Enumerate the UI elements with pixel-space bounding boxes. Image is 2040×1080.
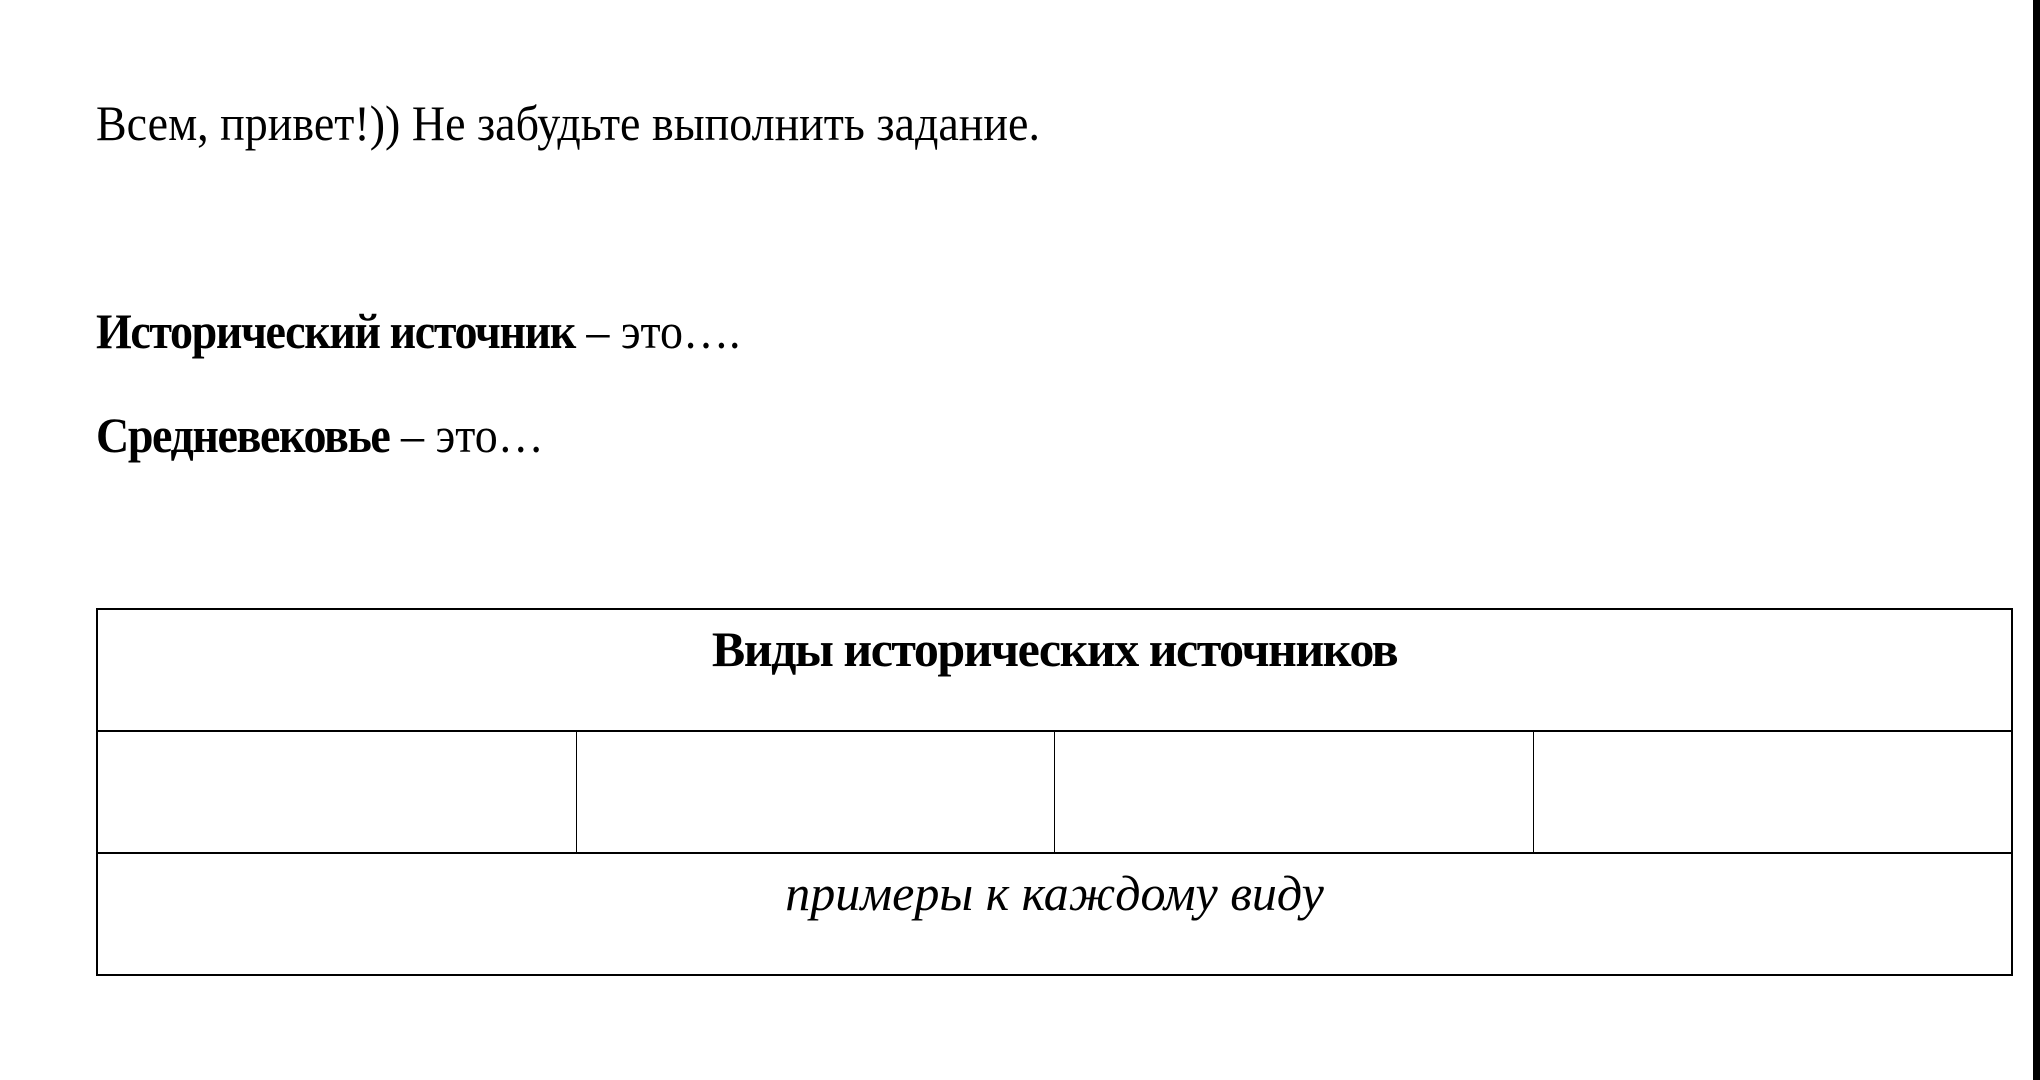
table-cell-type-4[interactable] xyxy=(1534,732,2012,852)
table-cell-type-2[interactable] xyxy=(577,732,1056,852)
examples-label: примеры к каждому виду xyxy=(98,868,2011,918)
definition-blank: – это… xyxy=(389,407,543,463)
definition-term: Средневековье xyxy=(96,407,389,463)
table-types-row xyxy=(98,732,2011,854)
table-cell-type-1[interactable] xyxy=(98,732,577,852)
greeting-text: Всем, привет!)) Не забудьте выполнить за… xyxy=(96,98,1040,148)
source-types-table: Виды исторических источников примеры к к… xyxy=(96,608,2013,976)
table-header-row: Виды исторических источников xyxy=(98,610,2011,732)
table-cell-type-3[interactable] xyxy=(1055,732,1534,852)
definition-middle-ages: Средневековье – это… xyxy=(96,410,544,460)
window-edge xyxy=(2033,0,2040,1080)
definition-term: Исторический источник xyxy=(96,303,575,359)
table-examples-row: примеры к каждому виду xyxy=(98,854,2011,974)
definition-blank: – это…. xyxy=(575,303,741,359)
document-page: Всем, привет!)) Не забудьте выполнить за… xyxy=(0,0,2033,1080)
table-title: Виды исторических источников xyxy=(98,624,2011,674)
definition-historical-source: Исторический источник – это…. xyxy=(96,306,741,356)
